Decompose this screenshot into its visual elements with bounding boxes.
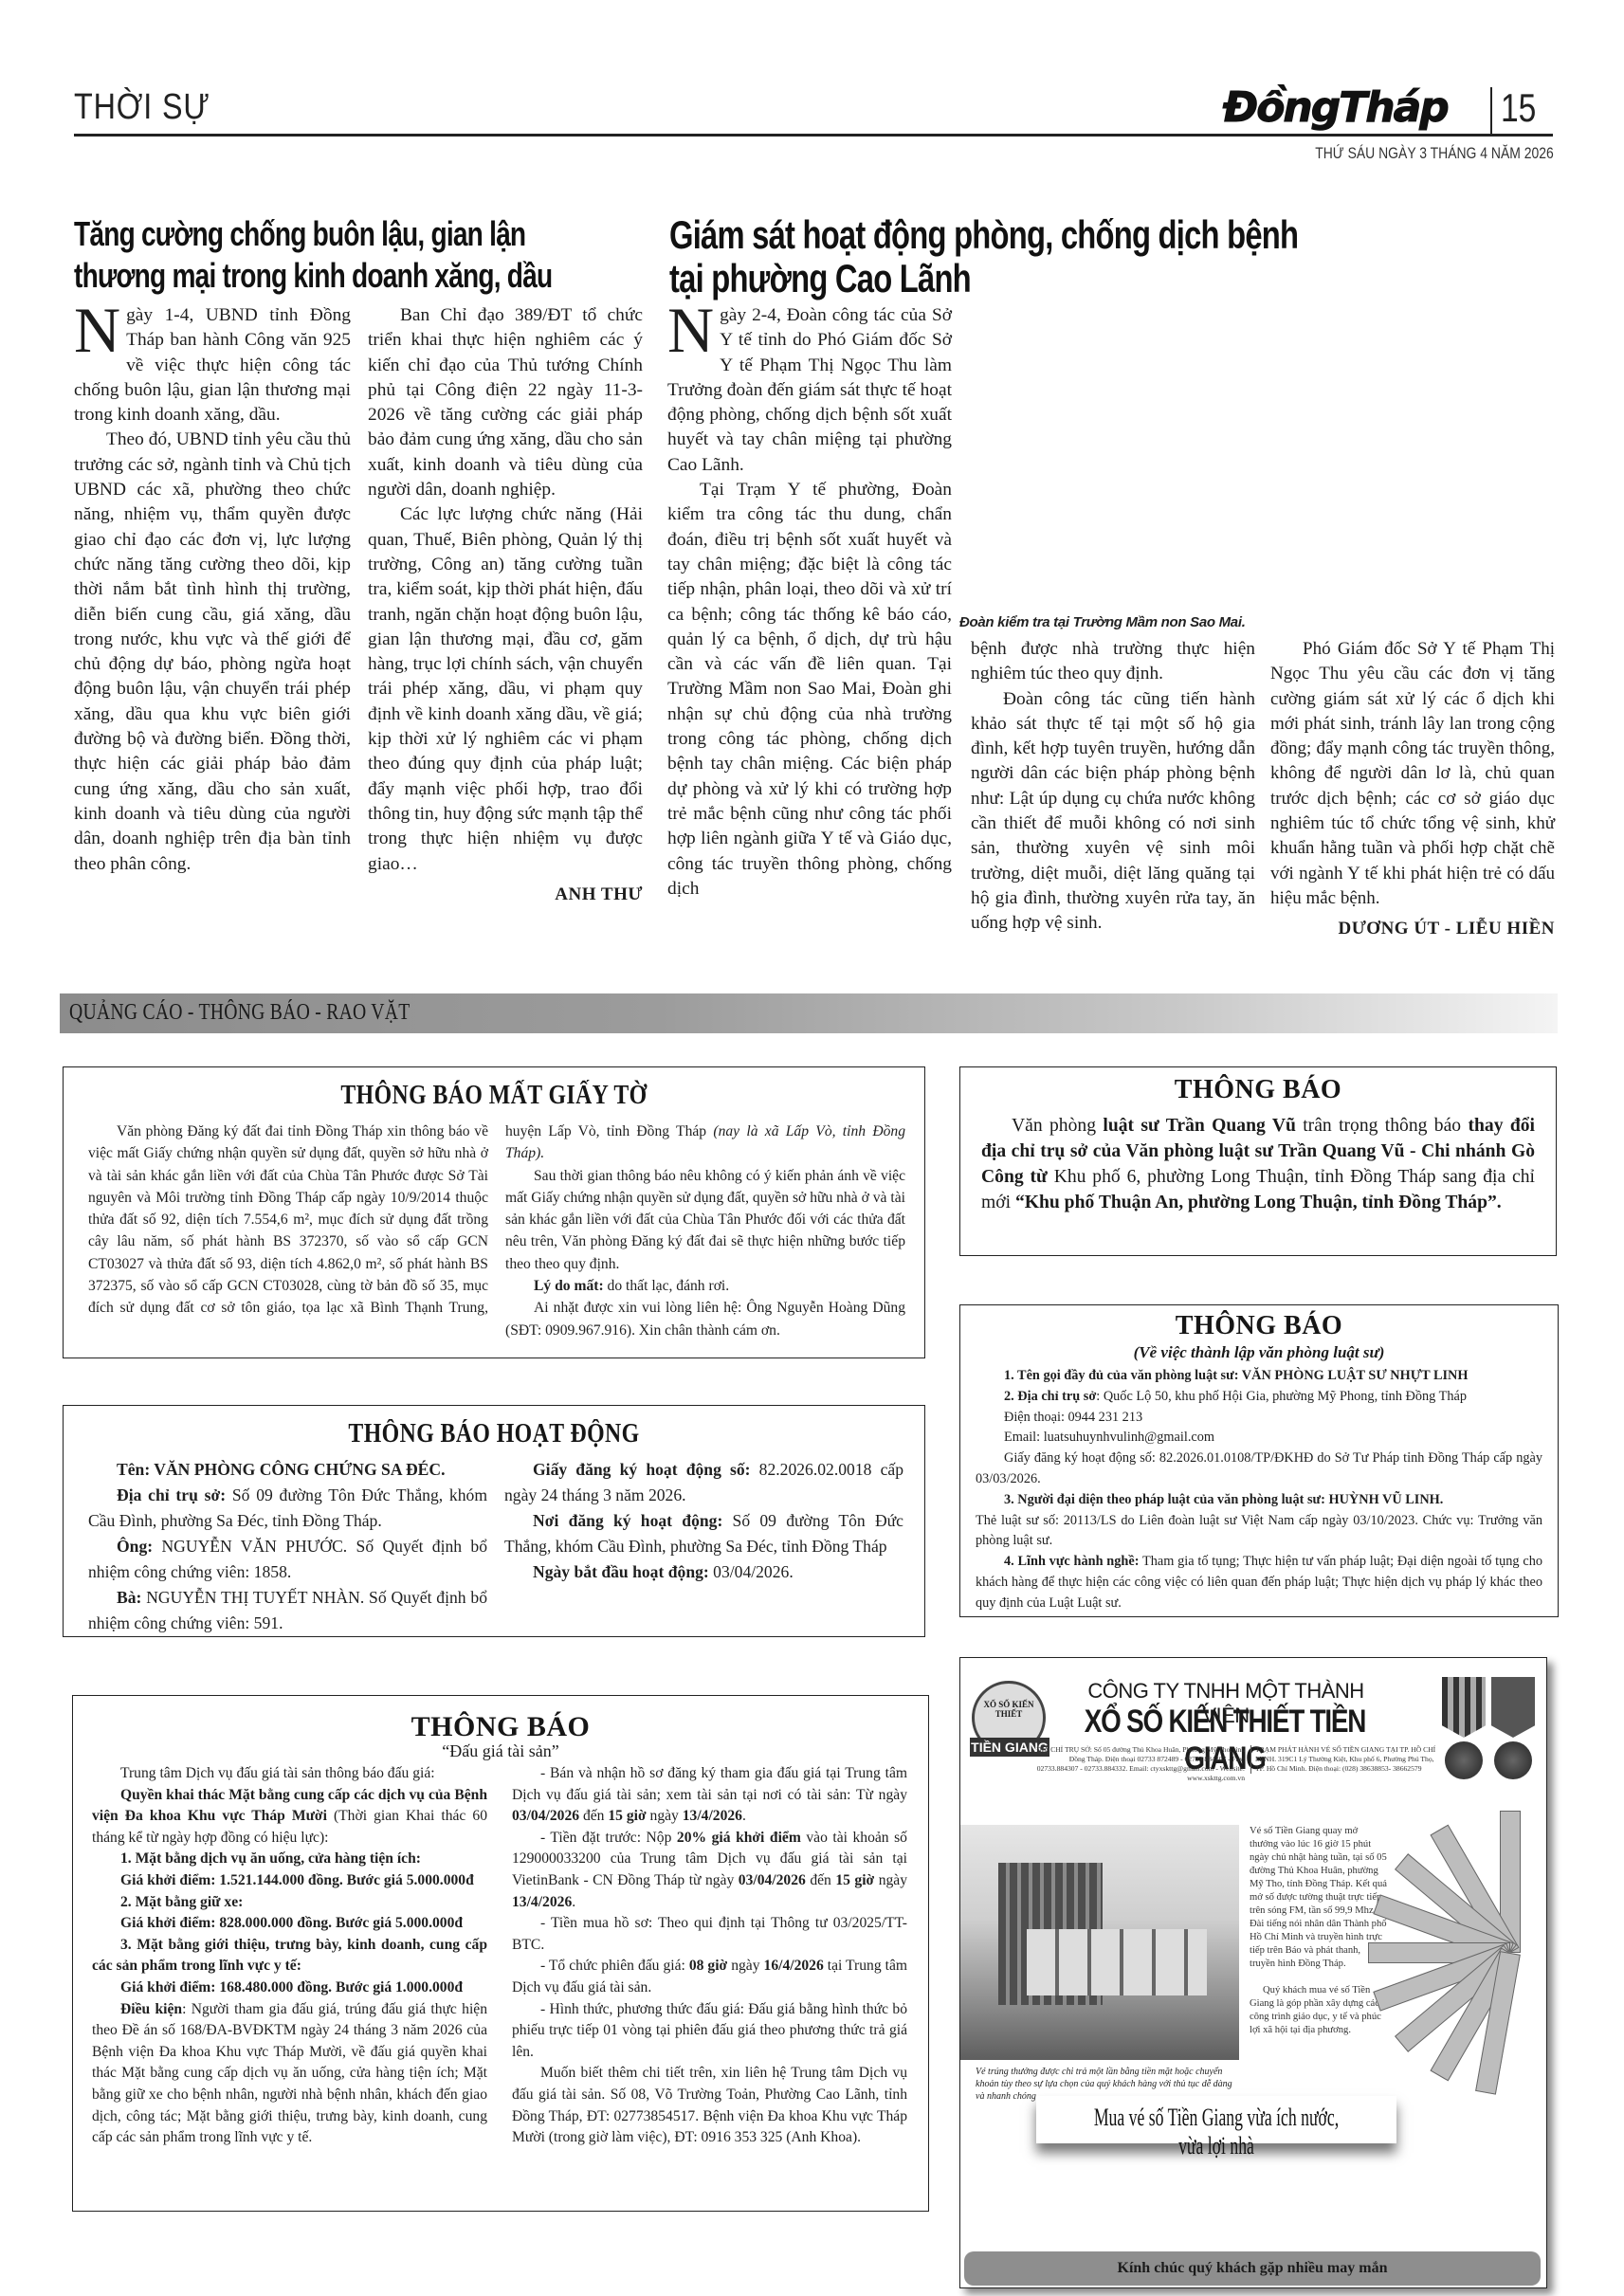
photo-person xyxy=(1173,421,1249,610)
notice-title: THÔNG BÁO xyxy=(960,1311,1558,1341)
logo-text: XỔ SỐ KIẾN THIẾT xyxy=(983,1700,1034,1719)
article-paragraph: Đoàn công tác cũng tiến hành khảo sát th… xyxy=(971,687,1255,937)
medal-icon xyxy=(1442,1677,1486,1781)
drop-cap: N xyxy=(74,305,120,355)
notice-law-office: THÔNG BÁO (Về việc thành lập văn phòng l… xyxy=(959,1304,1559,1617)
notice-body: Văn phòng Đăng ký đất đai tỉnh Đồng Tháp… xyxy=(64,1111,924,1341)
ad-footer: Kính chúc quý khách gặp nhiều may mắn xyxy=(964,2251,1541,2286)
section-label: THỜI SỰ xyxy=(74,87,210,128)
header-rule xyxy=(74,134,1553,137)
article-2-column-1: Ngày 2-4, Đoàn công tác của Sở Y tế tỉnh… xyxy=(667,303,952,902)
article-paragraph: Ngày 1-4, UBND tỉnh Đồng Tháp ban hành C… xyxy=(74,303,351,428)
notice-activity: THÔNG BÁO HOẠT ĐỘNG Tên: VĂN PHÒNG CÔNG … xyxy=(63,1405,925,1637)
notice-title: THÔNG BÁO HOẠT ĐỘNG xyxy=(128,1419,860,1449)
article-2-column-2: bệnh được nhà trường thực hiện nghiêm tú… xyxy=(971,637,1255,937)
photo-person-head xyxy=(1111,391,1157,444)
ad-slogan: Mua vé số Tiền Giang vừa ích nước, vừa l… xyxy=(1094,2104,1339,2160)
photo-person xyxy=(1253,421,1339,610)
article-1-column-1: Ngày 1-4, UBND tỉnh Đồng Tháp ban hành C… xyxy=(74,303,351,877)
notice-title: THÔNG BÁO xyxy=(73,1711,928,1743)
drop-cap: N xyxy=(667,305,714,355)
article-paragraph: Phó Giám đốc Sở Y tế Phạm Thị Ngọc Thu y… xyxy=(1270,637,1555,911)
page-number: 15 xyxy=(1501,85,1536,131)
article-paragraph: Các lực lượng chức năng (Hải quan, Thuế,… xyxy=(368,502,643,876)
notice-address-change: THÔNG BÁO Văn phòng luật sư Trần Quang V… xyxy=(959,1066,1557,1256)
newspaper-logo: ĐồngTháp xyxy=(1223,83,1448,132)
article-2-photo xyxy=(959,267,1559,610)
article-paragraph: Theo đó, UBND tỉnh yêu cầu thủ trưởng cá… xyxy=(74,428,351,876)
photo-sky xyxy=(1320,267,1386,391)
article-paragraph: Ngày 2-4, Đoàn công tác của Sở Y tế tỉnh… xyxy=(667,303,952,478)
article-paragraph: Tại Trạm Y tế phường, Đoàn kiểm tra công… xyxy=(667,478,952,902)
article-1-byline: ANH THƯ xyxy=(368,883,643,907)
notice-body: Trung tâm Dịch vụ đấu giá tài sản thông … xyxy=(73,1761,928,2149)
medal-icon xyxy=(1491,1677,1535,1781)
notice-auction: THÔNG BÁO “Đấu giá tài sản” Trung tâm Dị… xyxy=(72,1695,929,2212)
article-paragraph: Ban Chỉ đạo 389/ĐT tổ chức triển khai th… xyxy=(368,303,643,502)
article-paragraph: bệnh được nhà trường thực hiện nghiêm tú… xyxy=(971,637,1255,687)
article-2-headline: Giám sát hoạt động phòng, chống dịch bện… xyxy=(669,213,1298,301)
notice-body: Văn phòng luật sư Trần Quang Vũ trân trọ… xyxy=(960,1105,1556,1215)
notice-subtitle: (Về việc thành lập văn phòng luật sư) xyxy=(960,1343,1558,1362)
notice-body: Tên: VĂN PHÒNG CÔNG CHỨNG SA ĐÉC. Địa ch… xyxy=(64,1449,924,1636)
ad-address-hcm: TRẠM PHÁT HÀNH VÉ SỐ TIỀN GIANG TẠI TP. … xyxy=(1250,1745,1440,1774)
notice-subtitle: “Đấu giá tài sản” xyxy=(73,1741,928,1761)
notice-body: 1. Tên gọi đầy đủ của văn phòng luật sư:… xyxy=(960,1362,1558,1614)
article-1-headline: Tăng cường chống buôn lậu, gian lận thươ… xyxy=(74,213,552,297)
photo-person-head xyxy=(1192,410,1235,461)
article-2-byline: DƯƠNG ÚT - LIỄU HIỀN xyxy=(1270,917,1555,941)
photo-person xyxy=(978,336,1102,610)
article-2-column-3: Phó Giám đốc Sở Y tế Phạm Thị Ngọc Thu y… xyxy=(1270,637,1555,942)
ad-address-head-office: ĐỊA CHỈ TRỤ SỞ: Số 05 đường Thủ Khoa Huâ… xyxy=(1027,1745,1245,1783)
issue-date: THỨ SÁU NGÀY 3 THÁNG 4 NĂM 2026 xyxy=(1315,144,1554,163)
photo-person xyxy=(1092,392,1177,610)
photo-person-head xyxy=(1429,367,1482,429)
header-divider xyxy=(1490,87,1492,135)
photo-person-head xyxy=(1026,324,1086,394)
photo-person-head xyxy=(1272,408,1316,459)
notice-title: THÔNG BÁO MẤT GIẤY TỜ xyxy=(128,1081,860,1111)
article-1-column-2: Ban Chỉ đạo 389/ĐT tổ chức triển khai th… xyxy=(368,303,643,907)
photo-wall xyxy=(1388,267,1559,610)
photo-person xyxy=(1405,392,1500,610)
notice-title: THÔNG BÁO xyxy=(960,1075,1556,1105)
photo-caption: Đoàn kiểm tra tại Trường Mầm non Sao Mai… xyxy=(959,614,1246,630)
classifieds-band-label: QUẢNG CÁO - THÔNG BÁO - RAO VẶT xyxy=(69,1000,410,1026)
notice-lost-papers: THÔNG BÁO MẤT GIẤY TỜ Văn phòng Đăng ký … xyxy=(63,1066,925,1358)
company-building-photo xyxy=(960,1825,1239,2060)
lottery-tickets-image xyxy=(1359,1810,1547,2075)
lottery-advertisement: XỔ SỐ KIẾN THIẾT TIỀN GIANG CÔNG TY TNHH… xyxy=(959,1657,1547,2288)
